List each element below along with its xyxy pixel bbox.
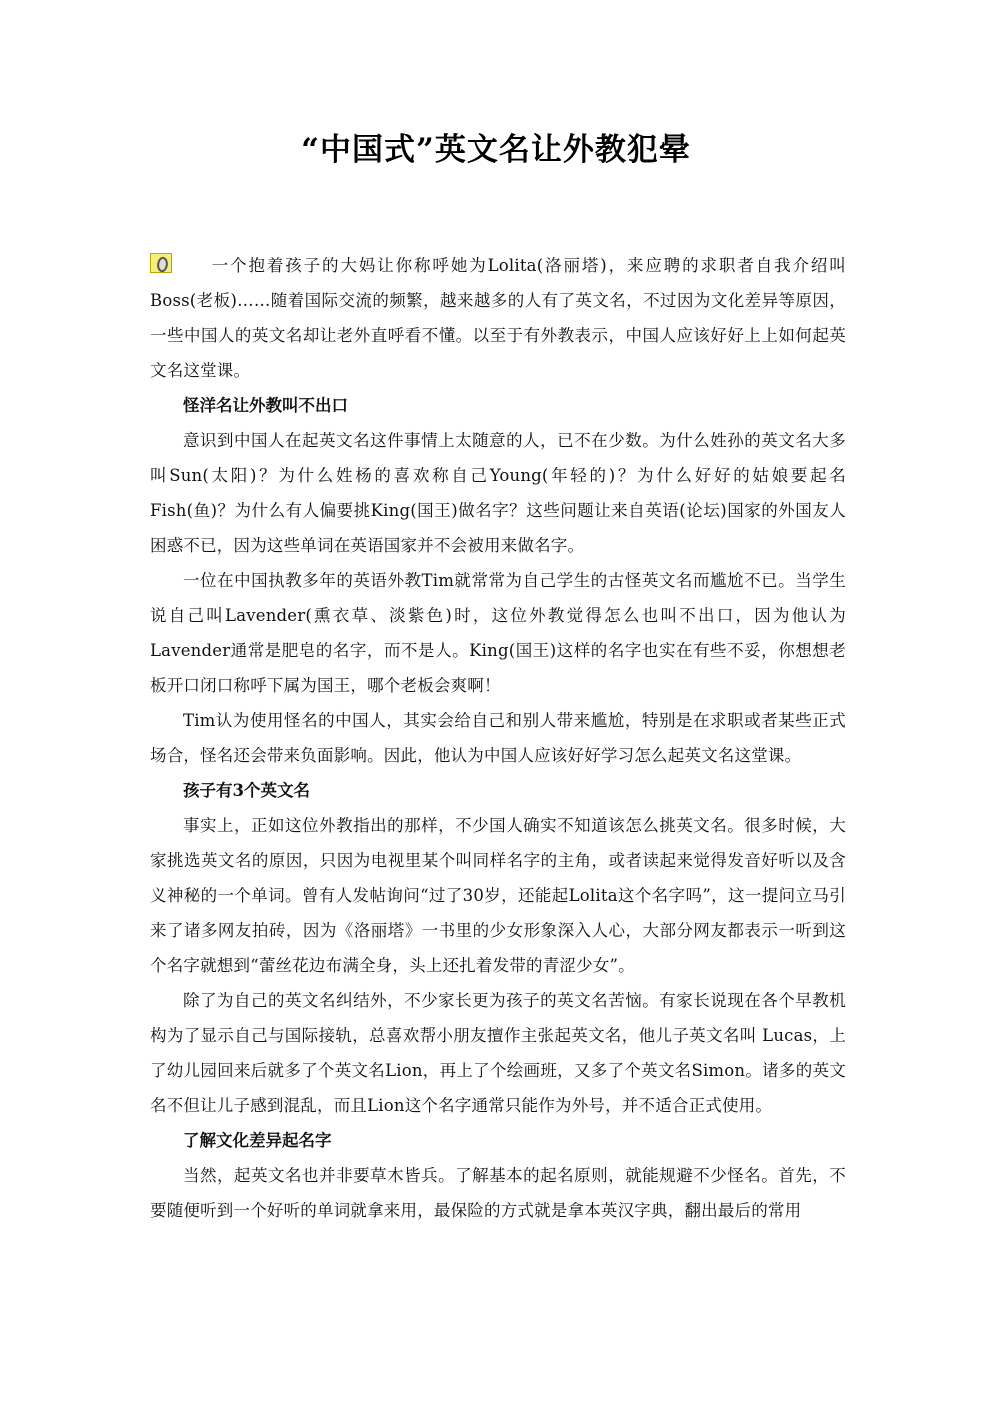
image-placeholder-icon — [150, 253, 172, 273]
paragraph: 当然，起英文名也并非要草木皆兵。了解基本的起名原则，就能规避不少怪名。首先，不要… — [150, 1158, 846, 1228]
section-heading: 了解文化差异起名字 — [150, 1123, 846, 1158]
document-title: “中国式”英文名让外教犯晕 — [0, 124, 992, 169]
document-body: 一个抱着孩子的大妈让你称呼她为Lolita(洛丽塔)，来应聘的求职者自我介绍叫B… — [150, 248, 846, 1228]
intro-paragraph: 一个抱着孩子的大妈让你称呼她为Lolita(洛丽塔)，来应聘的求职者自我介绍叫B… — [150, 248, 846, 388]
section-heading: 孩子有3个英文名 — [150, 773, 846, 808]
paragraph: 意识到中国人在起英文名这件事情上太随意的人，已不在少数。为什么姓孙的英文名大多叫… — [150, 423, 846, 563]
paragraph: 事实上，正如这位外教指出的那样，不少国人确实不知道该怎么挑英文名。很多时候，大家… — [150, 808, 846, 983]
paragraph: 一位在中国执教多年的英语外教Tim就常常为自己学生的古怪英文名而尴尬不已。当学生… — [150, 563, 846, 703]
section-heading: 怪洋名让外教叫不出口 — [150, 388, 846, 423]
paragraph: 除了为自己的英文名纠结外，不少家长更为孩子的英文名苦恼。有家长说现在各个早教机构… — [150, 983, 846, 1123]
paragraph: Tim认为使用怪名的中国人，其实会给自己和别人带来尴尬，特别是在求职或者某些正式… — [150, 703, 846, 773]
intro-text: 一个抱着孩子的大妈让你称呼她为Lolita(洛丽塔)，来应聘的求职者自我介绍叫B… — [150, 256, 846, 380]
